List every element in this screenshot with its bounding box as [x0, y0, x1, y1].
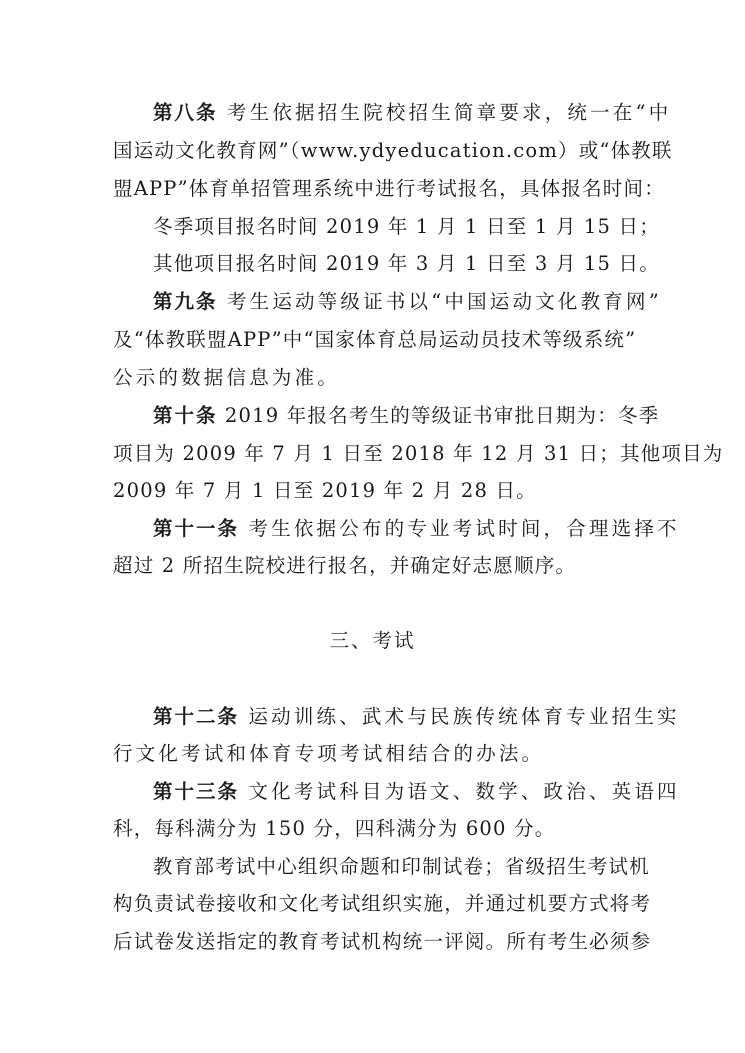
article-10-line-3: 2009 年 7 月 1 日至 2019 年 2 月 28 日。	[113, 478, 633, 504]
article-8-text: 考生依据招生院校招生简章要求，统一在“中	[227, 101, 671, 124]
article-13-text: 文化考试科目为语文、数学、政治、英语四	[248, 780, 679, 803]
article-9-text: 考生运动等级证书以“中国运动文化教育网”	[227, 290, 662, 313]
paragraph-line-2: 构负责试卷接收和文化考试组织实施，并通过机要方式将考	[113, 891, 633, 917]
article-8-line-1: 第八条 考生依据招生院校招生简章要求，统一在“中	[153, 100, 633, 126]
article-13-line-1: 第十三条 文化考试科目为语文、数学、政治、英语四	[153, 779, 633, 805]
article-11-text: 考生依据公布的专业考试时间，合理选择不	[248, 517, 679, 540]
paragraph-line-3: 后试卷发送指定的教育考试机构统一评阅。所有考生必须参	[113, 929, 633, 955]
article-9-line-2: 及“体教联盟APP”中“国家体育总局运动员技术等级系统”	[113, 327, 633, 353]
article-8-line-3: 盟APP”体育单招管理系统中进行考试报名，具体报名时间：	[113, 176, 633, 202]
article-13-line-2: 科，每科满分为 150 分，四科满分为 600 分。	[113, 816, 633, 842]
article-10-line-1: 第十条 2019 年报名考生的等级证书审批日期为：冬季	[153, 403, 633, 429]
article-12-text: 运动训练、武术与民族传统体育专业招生实	[248, 705, 679, 728]
article-9-line-3: 公示的数据信息为准。	[113, 365, 633, 391]
article-12-line-2: 行文化考试和体育专项考试相结合的办法。	[113, 741, 633, 767]
section-title: 三、考试	[0, 628, 745, 654]
article-8-line-4: 冬季项目报名时间 2019 年 1 月 1 日至 1 月 15 日；	[153, 214, 633, 240]
article-11-heading: 第十一条	[153, 517, 239, 540]
article-13-heading: 第十三条	[153, 780, 239, 803]
article-10-text: 2019 年报名考生的等级证书审批日期为：冬季	[225, 404, 659, 427]
article-12-line-1: 第十二条 运动训练、武术与民族传统体育专业招生实	[153, 704, 633, 730]
article-10-line-2: 项目为 2009 年 7 月 1 日至 2018 年 12 月 31 日；其他项…	[113, 441, 633, 467]
paragraph-line-1: 教育部考试中心组织命题和印制试卷；省级招生考试机	[153, 854, 633, 880]
article-12-heading: 第十二条	[153, 705, 239, 728]
article-9-heading: 第九条	[153, 290, 218, 313]
article-8-heading: 第八条	[153, 101, 218, 124]
article-9-line-1: 第九条 考生运动等级证书以“中国运动文化教育网”	[153, 289, 633, 315]
article-8-line-2: 国运动文化教育网”（www.ydyeducation.com）或“体教联	[113, 138, 633, 164]
article-11-line-1: 第十一条 考生依据公布的专业考试时间，合理选择不	[153, 516, 633, 542]
article-10-heading: 第十条	[153, 404, 218, 427]
article-8-line-5: 其他项目报名时间 2019 年 3 月 1 日至 3 月 15 日。	[153, 251, 633, 277]
article-11-line-2: 超过 2 所招生院校进行报名，并确定好志愿顺序。	[113, 553, 633, 579]
document-page: 第八条 考生依据招生院校招生简章要求，统一在“中 国运动文化教育网”（www.y…	[0, 0, 745, 1053]
